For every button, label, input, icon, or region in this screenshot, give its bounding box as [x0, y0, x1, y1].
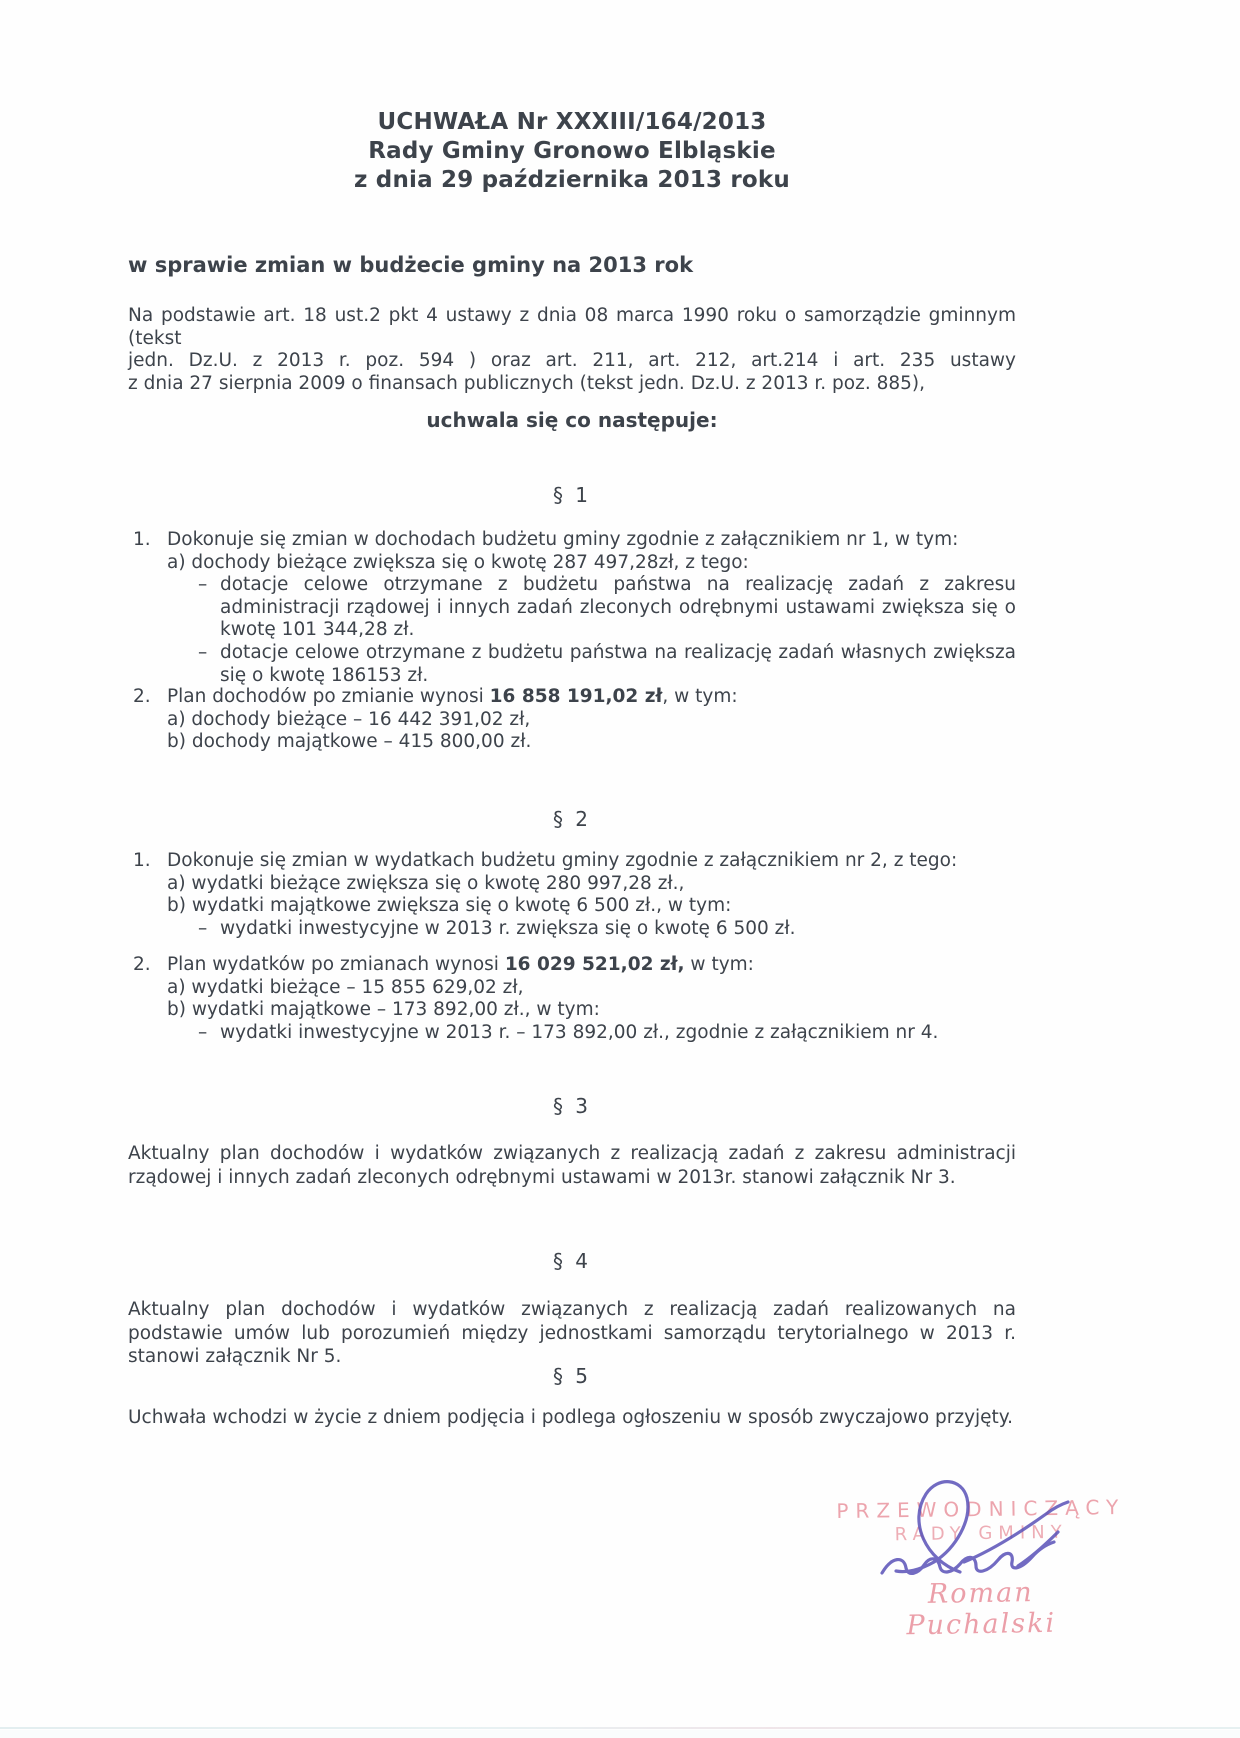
- subject-line: w sprawie zmian w budżecie gminy na 2013…: [128, 252, 1016, 278]
- section2-item1: 1. Dokonuje się zmian w wydatkach budżet…: [128, 850, 1016, 940]
- section2-item2: 2. Plan wydatków po zmianach wynosi 16 0…: [128, 954, 1016, 1044]
- lead-text: Plan dochodów po zmianie wynosi: [167, 686, 490, 707]
- section4-paragraph: Aktualny plan dochodów i wydatków związa…: [128, 1298, 1016, 1369]
- sub-item-dash: – dotacje celowe otrzymane z budżetu pań…: [198, 642, 1016, 687]
- section1-item2: 2. Plan dochodów po zmianie wynosi 16 85…: [128, 686, 1016, 754]
- item-lead: Plan dochodów po zmianie wynosi 16 858 1…: [167, 686, 1016, 709]
- sub-item-text: dotacje celowe otrzymane z budżetu państ…: [220, 574, 1016, 642]
- sub-item-text: dotacje celowe otrzymane z budżetu państ…: [220, 642, 1016, 687]
- section-heading-5: § 5: [128, 1364, 1016, 1388]
- legal-basis-line: jedn. Dz.U. z 2013 r. poz. 594 ) oraz ar…: [128, 350, 1016, 373]
- item-content: Plan wydatków po zmianach wynosi 16 029 …: [167, 954, 1016, 1044]
- legal-basis: Na podstawie art. 18 ust.2 pkt 4 ustawy …: [128, 305, 1016, 395]
- section-heading-1: § 1: [128, 483, 1016, 507]
- dash-marker: –: [198, 642, 220, 687]
- section-heading-4: § 4: [128, 1249, 1016, 1273]
- handwritten-signature-ink: [868, 1474, 1088, 1589]
- lead-tail: w tym:: [685, 954, 754, 975]
- sub-item: a) wydatki bieżące – 15 855 629,02 zł,: [167, 977, 1016, 1000]
- total-amount: 16 029 521,02 zł,: [505, 954, 685, 975]
- enacting-formula: uchwala się co następuje:: [128, 408, 1016, 432]
- resolution-date: z dnia 29 października 2013 roku: [128, 166, 1016, 195]
- resolution-title: UCHWAŁA Nr XXXIII/164/2013 Rady Gminy Gr…: [128, 108, 1016, 195]
- sub-item: a) dochody bieżące – 16 442 391,02 zł,: [167, 709, 1016, 732]
- scan-edge-artifact: [0, 1727, 1240, 1729]
- sub-item-dash: – wydatki inwestycyjne w 2013 r. zwiększ…: [198, 918, 1016, 941]
- sub-item-dash: – wydatki inwestycyjne w 2013 r. – 173 8…: [198, 1022, 1016, 1045]
- lead-text: Plan wydatków po zmianach wynosi: [167, 954, 505, 975]
- dash-marker: –: [198, 574, 220, 642]
- resolution-number: UCHWAŁA Nr XXXIII/164/2013: [128, 108, 1016, 137]
- item-lead: Dokonuje się zmian w dochodach budżetu g…: [167, 529, 1016, 552]
- sub-item: b) dochody majątkowe – 415 800,00 zł.: [167, 731, 1016, 754]
- legal-basis-line: Na podstawie art. 18 ust.2 pkt 4 ustawy …: [128, 305, 1016, 350]
- section3-paragraph: Aktualny plan dochodów i wydatków związa…: [128, 1142, 1016, 1189]
- sub-item-dash: – dotacje celowe otrzymane z budżetu pań…: [198, 574, 1016, 642]
- item-number: 1.: [128, 529, 167, 687]
- signer-name-stamp: Roman Puchalski: [855, 1576, 1106, 1642]
- section5-paragraph: Uchwała wchodzi w życie z dniem podjęcia…: [128, 1406, 1016, 1430]
- lead-tail: , w tym:: [662, 686, 737, 707]
- scan-edge-shadow: [0, 1730, 1240, 1738]
- item-lead: Plan wydatków po zmianach wynosi 16 029 …: [167, 954, 1016, 977]
- item-number: 1.: [128, 850, 167, 940]
- sub-item: b) wydatki majątkowe – 173 892,00 zł., w…: [167, 999, 1016, 1022]
- section-heading-2: § 2: [128, 807, 1016, 831]
- total-amount: 16 858 191,02 zł: [490, 686, 663, 707]
- dash-marker: –: [198, 918, 220, 941]
- document-page: UCHWAŁA Nr XXXIII/164/2013 Rady Gminy Gr…: [0, 0, 1240, 1738]
- sub-item-text: wydatki inwestycyjne w 2013 r. zwiększa …: [220, 918, 1016, 941]
- sub-item: a) dochody bieżące zwiększa się o kwotę …: [167, 552, 1016, 575]
- section1-item1: 1. Dokonuje się zmian w dochodach budżet…: [128, 529, 1016, 687]
- item-number: 2.: [128, 954, 167, 1044]
- council-name: Rady Gminy Gronowo Elbląskie: [128, 137, 1016, 166]
- dash-marker: –: [198, 1022, 220, 1045]
- sub-item: a) wydatki bieżące zwiększa się o kwotę …: [167, 873, 1016, 896]
- sub-item: b) wydatki majątkowe zwiększa się o kwot…: [167, 895, 1016, 918]
- legal-basis-line: z dnia 27 sierpnia 2009 o finansach publ…: [128, 373, 1016, 396]
- item-lead: Dokonuje się zmian w wydatkach budżetu g…: [167, 850, 1016, 873]
- item-content: Dokonuje się zmian w dochodach budżetu g…: [167, 529, 1016, 687]
- item-content: Dokonuje się zmian w wydatkach budżetu g…: [167, 850, 1016, 940]
- item-number: 2.: [128, 686, 167, 754]
- item-content: Plan dochodów po zmianie wynosi 16 858 1…: [167, 686, 1016, 754]
- sub-item-text: wydatki inwestycyjne w 2013 r. – 173 892…: [220, 1022, 1016, 1045]
- section-heading-3: § 3: [128, 1094, 1016, 1118]
